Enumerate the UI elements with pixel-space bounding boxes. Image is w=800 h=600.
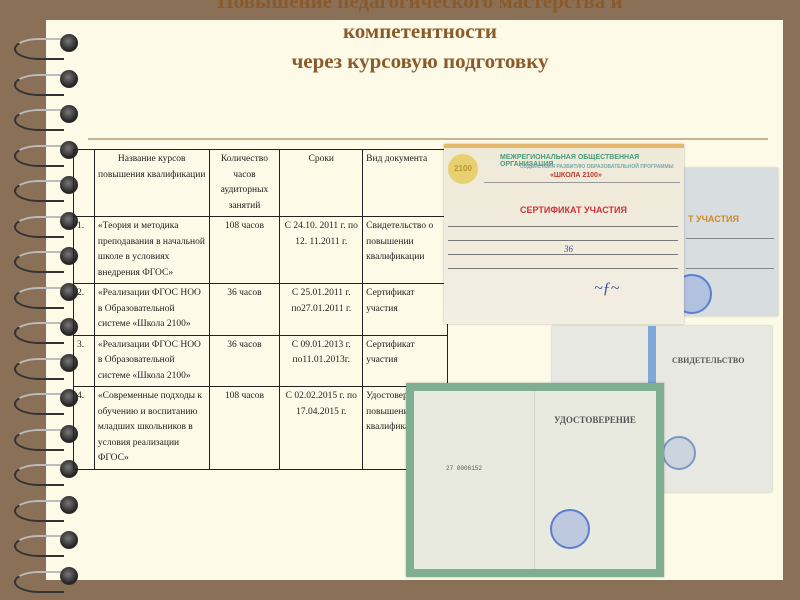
cell-num: 4. (74, 387, 95, 470)
header-dates: Сроки (280, 150, 363, 217)
spiral-ring-icon (14, 34, 84, 60)
header-hours: Количество часов аудиторных занятий (209, 150, 280, 217)
stamp-seal-2 (662, 436, 696, 470)
spiral-ring-icon (14, 496, 84, 522)
header-num (74, 150, 95, 217)
signature: ~ƒ~ (594, 280, 619, 298)
stamp-seal-3 (550, 509, 590, 549)
cell-hours: 108 часов (209, 217, 280, 284)
courses-table: Название курсов повышения квалификации К… (73, 149, 448, 470)
table-row: 4.«Современные подходы к обучению и восп… (74, 387, 448, 470)
cell-name: «Теория и методика преподавания в началь… (94, 217, 209, 284)
certificate-photo-udostoverenie: УДОСТОВЕРЕНИЕ 27 0006152 (406, 383, 664, 577)
school-2100-logo: 2100 (448, 154, 478, 184)
cell-dates: С 09.01.2013 г. по11.01.2013г. (280, 335, 363, 387)
cell-hours: 36 часов (209, 284, 280, 336)
header-document: Вид документа (363, 150, 448, 217)
cell-document: Сертификат участия (363, 335, 448, 387)
cell-name: «Современные подходы к обучению и воспит… (94, 387, 209, 470)
spiral-ring-icon (14, 105, 84, 131)
cell-dates: С 24.10. 2011 г. по 12. 11.2011 г. (280, 217, 363, 284)
stamp-seal (682, 274, 712, 314)
table-header-row: Название курсов повышения квалификации К… (74, 150, 448, 217)
table-row: 1.«Теория и методика преподавания в нача… (74, 217, 448, 284)
cell-dates: С 02.02.2015 г. по 17.04.2015 г. (280, 387, 363, 470)
slide-title: Повышение педагогического мастерства и к… (120, 0, 720, 76)
cell-document: Сертификат участия (363, 284, 448, 336)
certificate-photo-school2100: 2100 МЕЖРЕГИОНАЛЬНАЯ ОБЩЕСТВЕННАЯ ОРГАНИ… (444, 144, 684, 324)
cell-num: 2. (74, 284, 95, 336)
cell-name: «Реализации ФГОС НОО в Образовательной с… (94, 335, 209, 387)
cell-num: 1. (74, 217, 95, 284)
table-row: 3.«Реализации ФГОС НОО в Образовательной… (74, 335, 448, 387)
table-row: 2.«Реализации ФГОС НОО в Образовательной… (74, 284, 448, 336)
cell-document: Свидетельство о повышении квалификации (363, 217, 448, 284)
certificate-photo-2: Т УЧАСТИЯ (682, 168, 778, 316)
cell-hours: 36 часов (209, 335, 280, 387)
spiral-ring-icon (14, 70, 84, 96)
spiral-ring-icon (14, 567, 84, 593)
spiral-ring-icon (14, 531, 84, 557)
title-divider (88, 138, 768, 140)
cell-hours: 108 часов (209, 387, 280, 470)
header-course-name: Название курсов повышения квалификации (94, 150, 209, 217)
cell-name: «Реализации ФГОС НОО в Образовательной с… (94, 284, 209, 336)
cell-num: 3. (74, 335, 95, 387)
cell-dates: С 25.01.2011 г. по27.01.2011 г. (280, 284, 363, 336)
